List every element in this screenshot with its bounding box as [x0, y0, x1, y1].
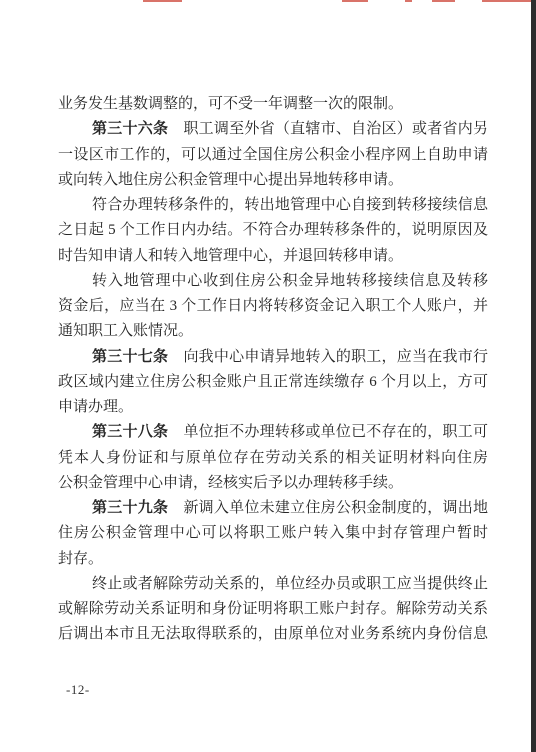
line-text: 封存。	[58, 551, 103, 567]
article-number: 第三十九条	[92, 500, 168, 516]
document-body: 业务发生基数调整的，可不受一年调整一次的限制。第三十六条 职工调至外省（直辖市、…	[58, 92, 488, 648]
text-line: 公积金管理中心申请，经核实后予以办理转移手续。	[58, 471, 488, 496]
text-line: 终止或者解除劳动关系的，单位经办员或职工应当提供终止	[58, 572, 488, 597]
text-line: 第三十六条 职工调至外省（直辖市、自治区）或者省内另	[58, 117, 488, 142]
text-line: 或向转入地住房公积金管理中心提出异地转移申请。	[58, 168, 488, 193]
text-line: 业务发生基数调整的，可不受一年调整一次的限制。	[58, 92, 488, 117]
line-text: 终止或者解除劳动关系的，单位经办员或职工应当提供终止	[92, 576, 488, 592]
text-line: 申请办理。	[58, 395, 488, 420]
article-number: 第三十六条	[92, 121, 168, 137]
text-line: 第三十九条 新调入单位未建立住房公积金制度的，调出地	[58, 496, 488, 521]
text-line: 资金后，应当在 3 个工作日内将转移资金记入职工个人账户，并	[58, 294, 488, 319]
line-text: 通知职工入账情况。	[58, 323, 193, 339]
line-text: 凭本人身份证和与原单位存在劳动关系的相关证明材料向住房	[58, 450, 488, 466]
line-text: 或向转入地住房公积金管理中心提出异地转移申请。	[58, 172, 403, 188]
line-text: 转入地管理中心收到住房公积金异地转移接续信息及转移	[92, 273, 488, 289]
text-line: 之日起 5 个工作日内办结。不符合办理转移条件的，说明原因及	[58, 218, 488, 243]
text-line: 一设区市工作的，可以通过全国住房公积金小程序网上自助申请	[58, 143, 488, 168]
text-line: 封存。	[58, 547, 488, 572]
scan-artifact-red-dash	[143, 0, 182, 2]
line-text: 公积金管理中心申请，经核实后予以办理转移手续。	[58, 475, 403, 491]
text-line: 凭本人身份证和与原单位存在劳动关系的相关证明材料向住房	[58, 446, 488, 471]
scan-edge-shadow	[531, 0, 536, 752]
scan-artifact-red-dash	[342, 0, 368, 2]
text-line: 第三十七条 向我中心申请异地转入的职工，应当在我市行	[58, 345, 488, 370]
text-line: 时告知申请人和转入地管理中心，并退回转移申请。	[58, 244, 488, 269]
line-text: 新调入单位未建立住房公积金制度的，调出地	[168, 500, 488, 516]
line-text: 单位拒不办理转移或单位已不存在的，职工可	[168, 424, 488, 440]
text-line: 符合办理转移条件的，转出地管理中心自接到转移接续信息	[58, 193, 488, 218]
scan-artifact-red-dash	[482, 0, 536, 2]
line-text: 住房公积金管理中心可以将职工账户转入集中封存管理户暂时	[58, 525, 488, 541]
line-text: 资金后，应当在 3 个工作日内将转移资金记入职工个人账户，并	[58, 298, 488, 314]
text-line: 通知职工入账情况。	[58, 319, 488, 344]
line-text: 之日起 5 个工作日内办结。不符合办理转移条件的，说明原因及	[58, 222, 488, 238]
scan-artifact-red-dash	[432, 0, 455, 2]
line-text: 政区域内建立住房公积金账户且正常连续缴存 6 个月以上，方可	[58, 374, 488, 390]
page-number: -12-	[66, 682, 90, 698]
text-line: 第三十八条 单位拒不办理转移或单位已不存在的，职工可	[58, 420, 488, 445]
line-text: 业务发生基数调整的，可不受一年调整一次的限制。	[58, 96, 403, 112]
text-line: 住房公积金管理中心可以将职工账户转入集中封存管理户暂时	[58, 521, 488, 546]
line-text: 符合办理转移条件的，转出地管理中心自接到转移接续信息	[92, 197, 488, 213]
scan-artifact-red-dash	[405, 0, 412, 2]
scanned-document-page: 业务发生基数调整的，可不受一年调整一次的限制。第三十六条 职工调至外省（直辖市、…	[0, 0, 536, 752]
text-line: 转入地管理中心收到住房公积金异地转移接续信息及转移	[58, 269, 488, 294]
text-line: 政区域内建立住房公积金账户且正常连续缴存 6 个月以上，方可	[58, 370, 488, 395]
line-text: 申请办理。	[58, 399, 133, 415]
text-line: 或解除劳动关系证明和身份证明将职工账户封存。解除劳动关系	[58, 597, 488, 622]
article-number: 第三十八条	[92, 424, 168, 440]
line-text: 一设区市工作的，可以通过全国住房公积金小程序网上自助申请	[58, 147, 488, 163]
line-text: 时告知申请人和转入地管理中心，并退回转移申请。	[58, 248, 403, 264]
article-number: 第三十七条	[92, 349, 168, 365]
line-text: 后调出本市且无法取得联系的，由原单位对业务系统内身份信息	[58, 626, 488, 642]
line-text: 职工调至外省（直辖市、自治区）或者省内另	[168, 121, 488, 137]
text-line: 后调出本市且无法取得联系的，由原单位对业务系统内身份信息	[58, 622, 488, 647]
line-text: 向我中心申请异地转入的职工，应当在我市行	[168, 349, 488, 365]
line-text: 或解除劳动关系证明和身份证明将职工账户封存。解除劳动关系	[58, 601, 488, 617]
